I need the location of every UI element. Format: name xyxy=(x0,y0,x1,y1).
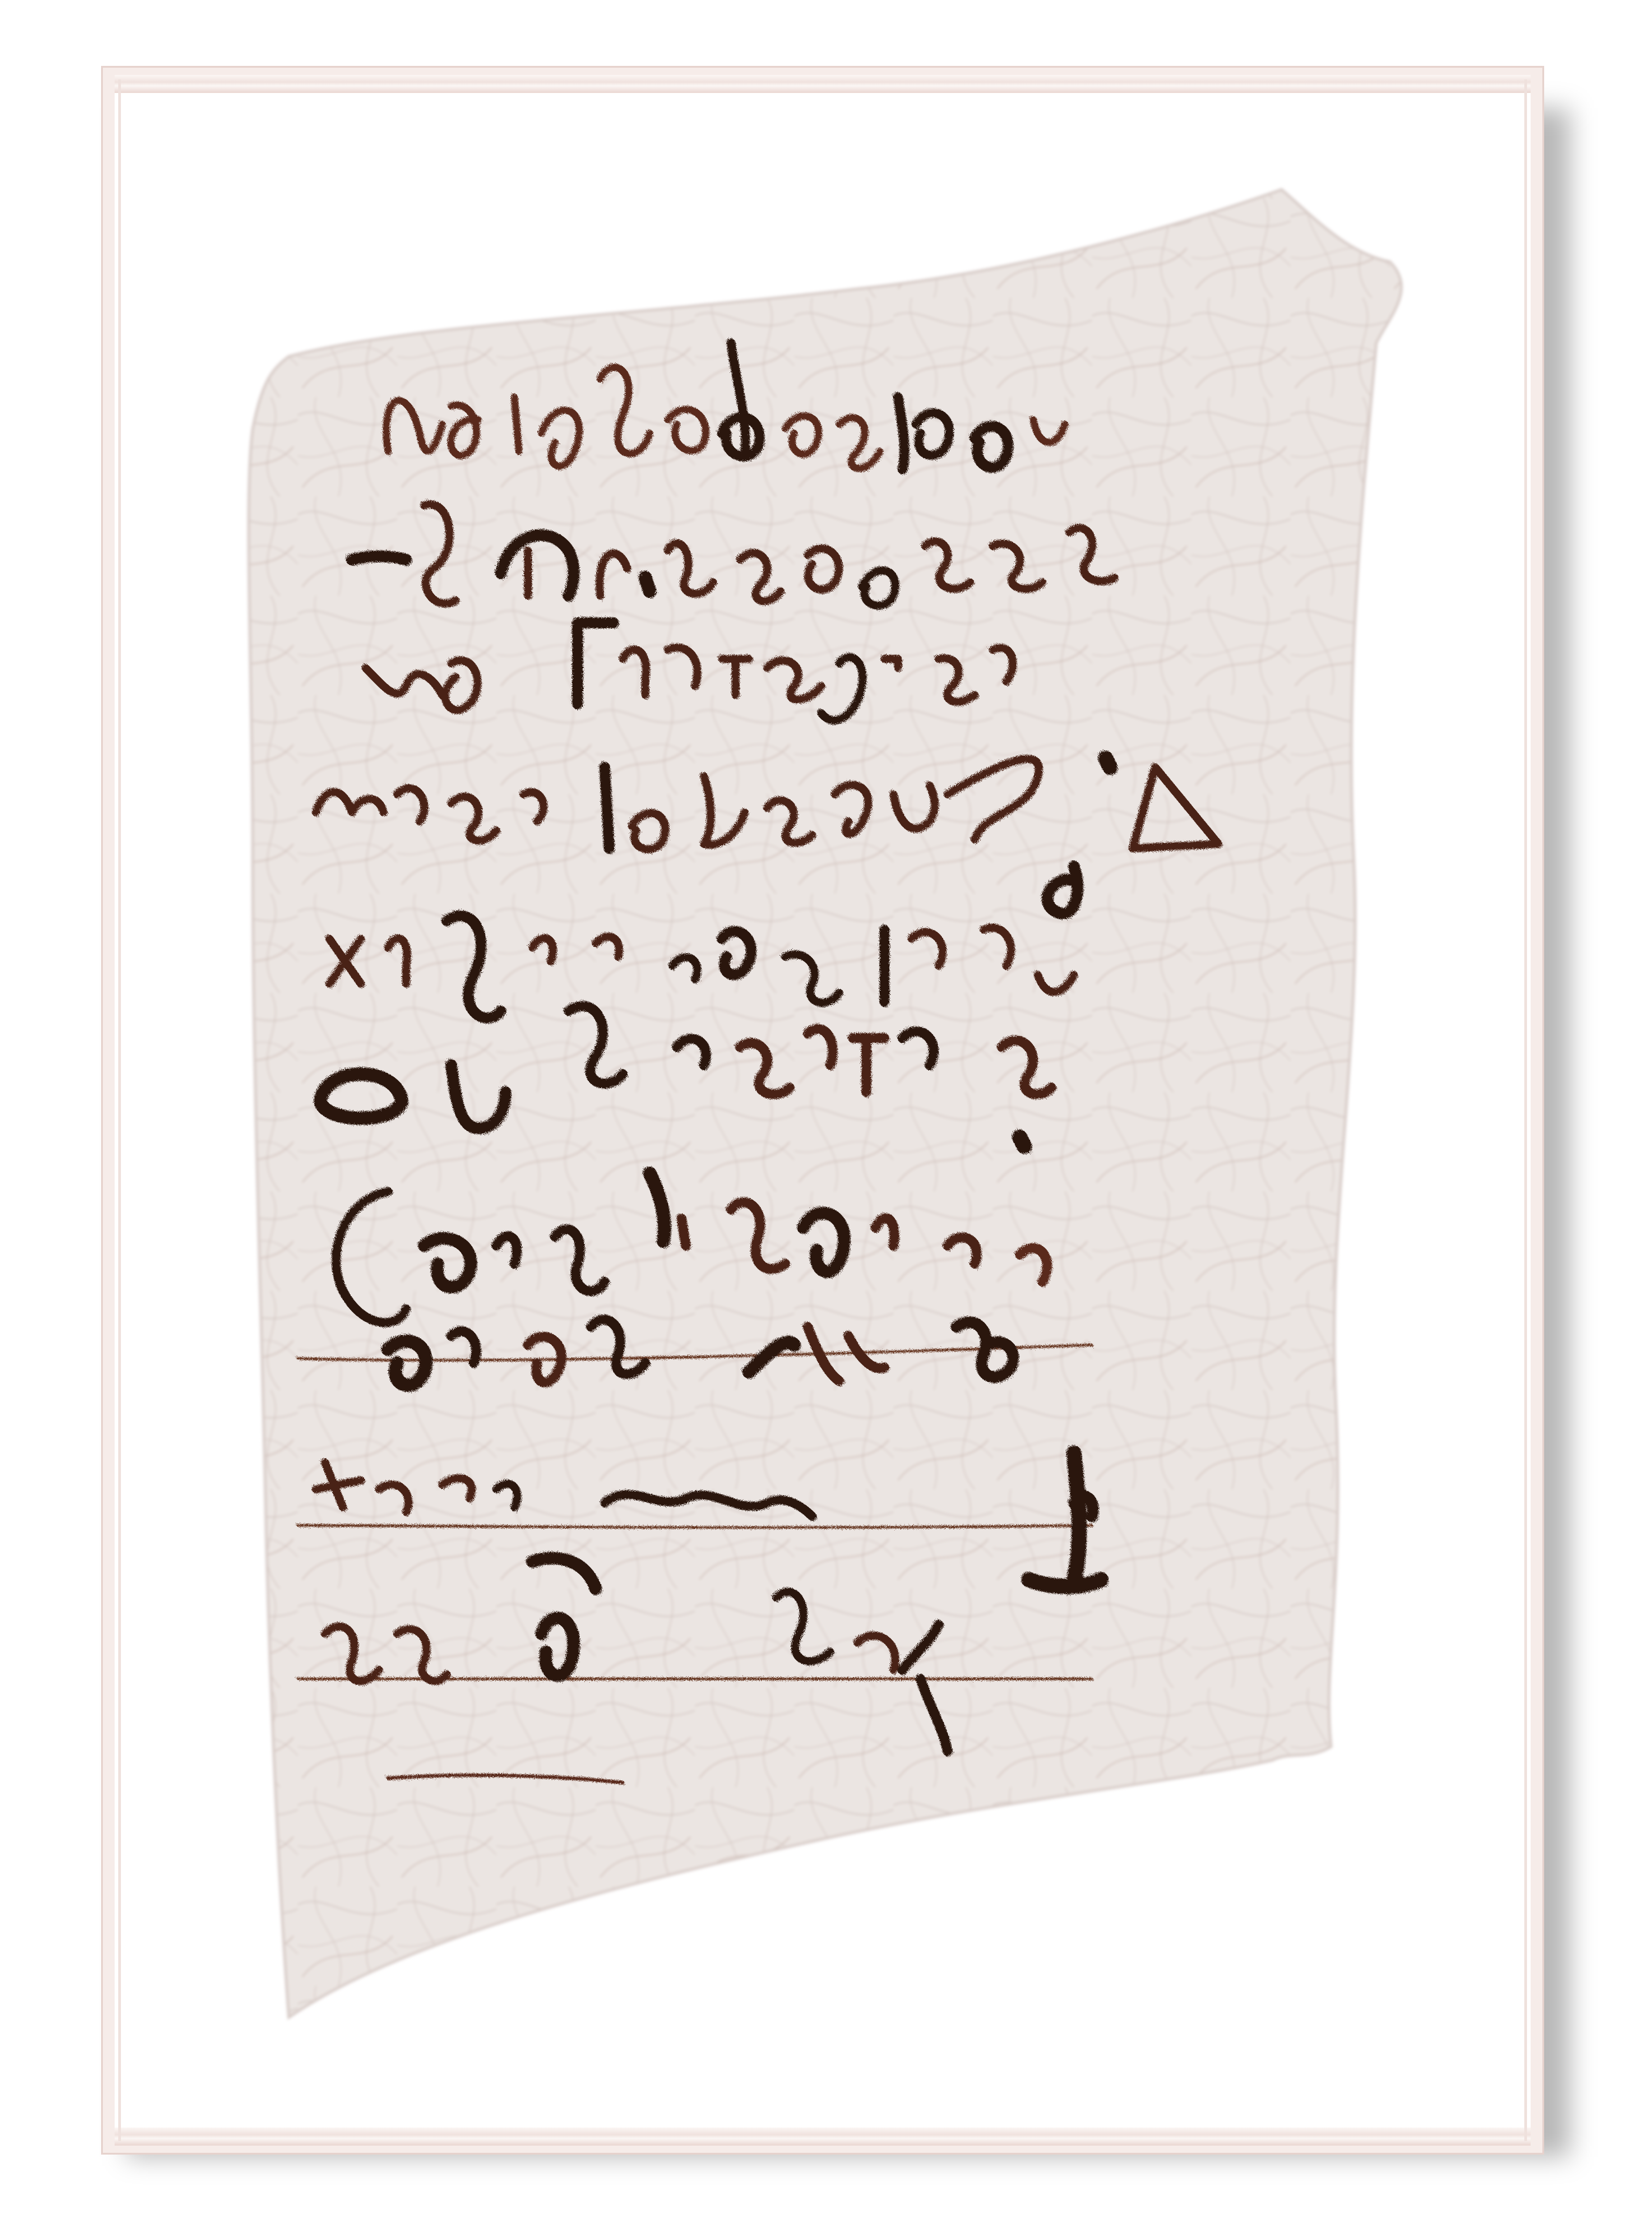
hair-paper-artwork xyxy=(0,0,1652,2239)
paper-sheet xyxy=(249,190,1402,2017)
